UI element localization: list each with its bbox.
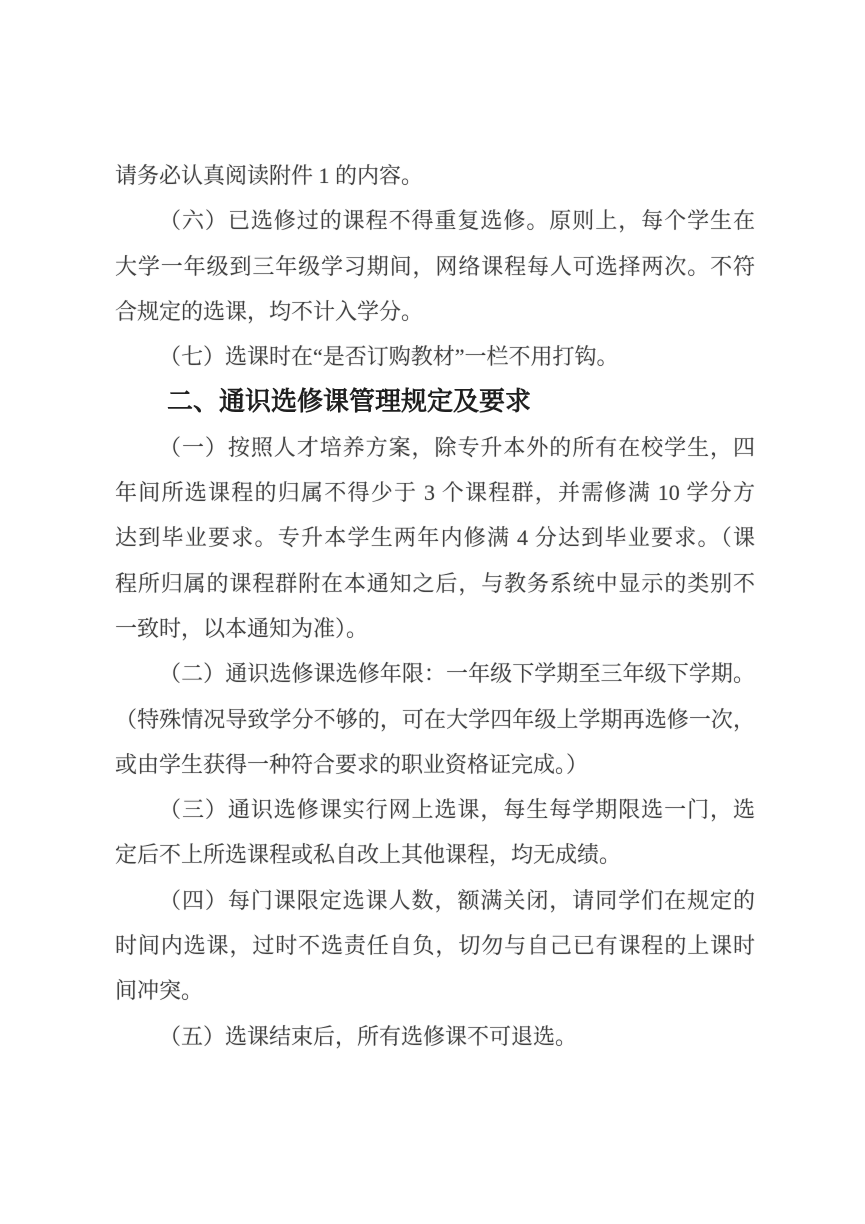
text-line: 程所归属的课程群附在本通知之后，与教务系统中显示的类别不 bbox=[115, 561, 755, 606]
text-line: （五）选课结束后，所有选修课不可退选。 bbox=[115, 1014, 755, 1059]
text-line: （特殊情况导致学分不够的，可在大学四年级上学期再选修一次， bbox=[115, 697, 755, 742]
text-line: （七）选课时在“是否订购教材”一栏不用打钩。 bbox=[115, 334, 755, 379]
paragraph: 请务必认真阅读附件 1 的内容。 bbox=[115, 153, 755, 198]
paragraph: （四）每门课限定选课人数，额满关闭，请同学们在规定的 时间内选课，过时不选责任自… bbox=[115, 878, 755, 1014]
paragraph: （三）通识选修课实行网上选课，每生每学期限选一门，选 定后不上所选课程或私自改上… bbox=[115, 787, 755, 878]
text-line: （一）按照人才培养方案，除专升本外的所有在校学生，四 bbox=[115, 425, 755, 470]
paragraph: （七）选课时在“是否订购教材”一栏不用打钩。 bbox=[115, 334, 755, 379]
text-line: （六）已选修过的课程不得重复选修。原则上，每个学生在 bbox=[115, 198, 755, 243]
text-line: 间冲突。 bbox=[115, 968, 755, 1013]
text-line: 一致时，以本通知为准）。 bbox=[115, 606, 755, 651]
paragraph: （五）选课结束后，所有选修课不可退选。 bbox=[115, 1014, 755, 1059]
paragraph: （一）按照人才培养方案，除专升本外的所有在校学生，四 年间所选课程的归属不得少于… bbox=[115, 425, 755, 651]
text-line: 定后不上所选课程或私自改上其他课程，均无成绩。 bbox=[115, 832, 755, 877]
text-line: （四）每门课限定选课人数，额满关闭，请同学们在规定的 bbox=[115, 878, 755, 923]
text-line: （二）通识选修课选修年限：一年级下学期至三年级下学期。 bbox=[115, 651, 755, 696]
paragraph: （六）已选修过的课程不得重复选修。原则上，每个学生在 大学一年级到三年级学习期间… bbox=[115, 198, 755, 334]
text-line: 达到毕业要求。专升本学生两年内修满 4 分达到毕业要求。（课 bbox=[115, 515, 755, 560]
section-heading: 二、通识选修课管理规定及要求 bbox=[115, 379, 755, 424]
text-line: 或由学生获得一种符合要求的职业资格证完成。） bbox=[115, 742, 755, 787]
text-line: 年间所选课程的归属不得少于 3 个课程群，并需修满 10 学分方 bbox=[115, 470, 755, 515]
document-page: 请务必认真阅读附件 1 的内容。 （六）已选修过的课程不得重复选修。原则上，每个… bbox=[0, 0, 865, 1224]
text-content: 请务必认真阅读附件 1 的内容。 （六）已选修过的课程不得重复选修。原则上，每个… bbox=[115, 153, 755, 1059]
paragraph: 二、通识选修课管理规定及要求 bbox=[115, 379, 755, 424]
text-line: 时间内选课，过时不选责任自负，切勿与自己已有课程的上课时 bbox=[115, 923, 755, 968]
text-line: 大学一年级到三年级学习期间，网络课程每人可选择两次。不符 bbox=[115, 244, 755, 289]
text-line: （三）通识选修课实行网上选课，每生每学期限选一门，选 bbox=[115, 787, 755, 832]
text-line: 请务必认真阅读附件 1 的内容。 bbox=[115, 153, 755, 198]
text-line: 合规定的选课，均不计入学分。 bbox=[115, 289, 755, 334]
paragraph: （二）通识选修课选修年限：一年级下学期至三年级下学期。 （特殊情况导致学分不够的… bbox=[115, 651, 755, 787]
